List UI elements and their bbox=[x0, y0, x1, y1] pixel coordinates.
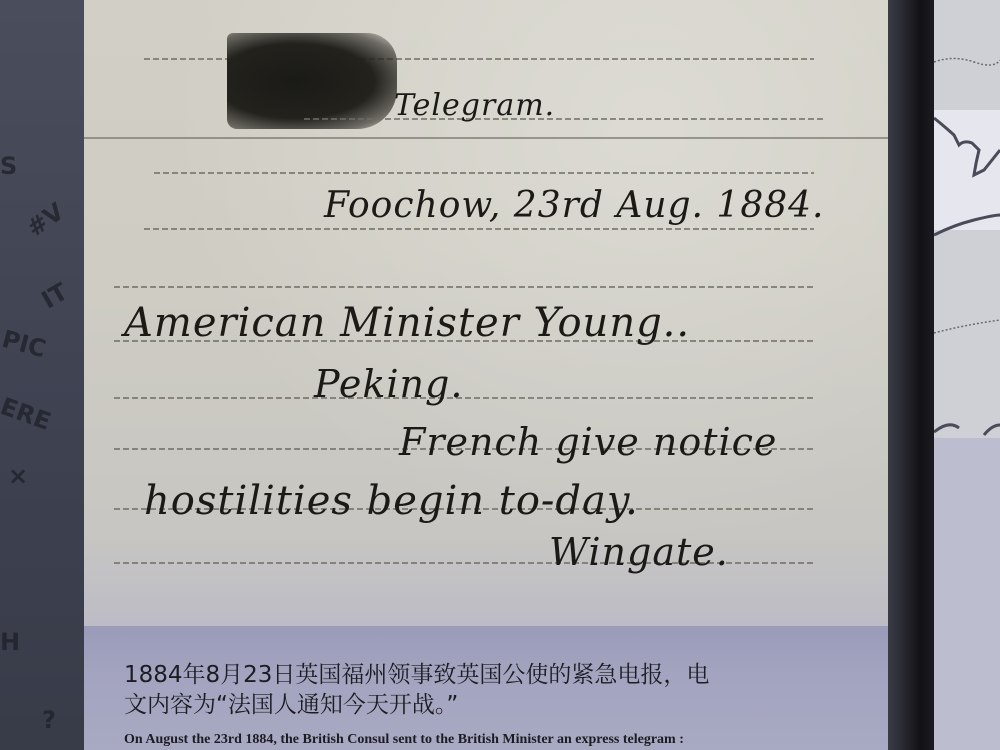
caption-chinese-line: 文内容为“法国人通知今天开战。” bbox=[124, 690, 824, 720]
addressee: American Minister Young.. bbox=[124, 300, 690, 346]
exhibit-photo: S #V IT PIC ERE × H ? Telegram. Foochow,… bbox=[0, 0, 1000, 750]
caption-chinese: 1884年8月23日英国福州领事致英国公使的紧急电报，电 文内容为“法国人通知今… bbox=[124, 660, 824, 720]
ruled-line bbox=[114, 397, 814, 399]
wall-fragment: H bbox=[0, 628, 20, 656]
wall-fragment: PIC bbox=[0, 325, 49, 363]
caption-panel: 1884年8月23日英国福州领事致英国公使的紧急电报，电 文内容为“法国人通知今… bbox=[84, 626, 888, 750]
place-date: Foochow, 23rd Aug. 1884. bbox=[324, 185, 825, 226]
message-line: hostilities begin to-day. bbox=[144, 478, 639, 524]
signature: Wingate. bbox=[549, 530, 729, 574]
ruled-line bbox=[154, 172, 814, 174]
ruled-line bbox=[84, 137, 888, 139]
left-wall-panel: S #V IT PIC ERE × H ? bbox=[0, 0, 84, 750]
message-line: French give notice bbox=[399, 420, 777, 464]
ruled-line bbox=[144, 228, 814, 230]
wall-fragment: IT bbox=[37, 278, 73, 315]
map-outline-icon bbox=[934, 0, 1000, 750]
caption-chinese-line: 1884年8月23日英国福州领事致英国公使的紧急电报，电 bbox=[124, 660, 824, 690]
wall-fragment: ? bbox=[42, 706, 56, 734]
ink-smudge bbox=[227, 33, 397, 129]
wall-fragment: ERE bbox=[0, 392, 55, 436]
map-board bbox=[934, 0, 1000, 750]
ruled-line bbox=[304, 118, 824, 120]
wall-fragment: #V bbox=[21, 197, 69, 242]
telegram-header: Telegram. bbox=[394, 88, 555, 123]
wall-fragment: S bbox=[0, 152, 17, 180]
wall-fragment: × bbox=[8, 462, 28, 490]
ruled-line bbox=[114, 286, 814, 288]
telegram-document: Telegram. Foochow, 23rd Aug. 1884. Ameri… bbox=[84, 0, 888, 626]
caption-english: On August the 23rd 1884, the British Con… bbox=[124, 732, 684, 748]
display-frame bbox=[888, 0, 934, 750]
addressee-city: Peking. bbox=[314, 362, 463, 406]
